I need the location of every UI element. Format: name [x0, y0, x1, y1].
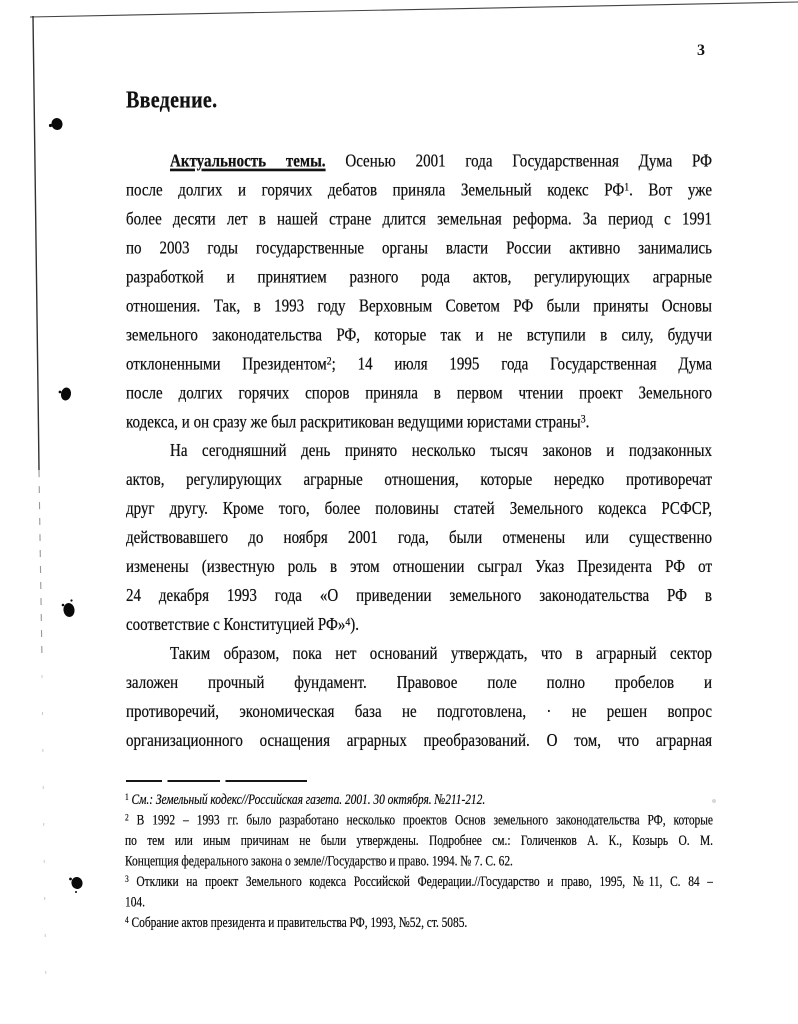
text-line: земельного законодательства РФ, которые … [126, 321, 712, 350]
footnote-ref: 3 [581, 412, 586, 425]
text-segment: после долгих и горячих дебатов приняла З… [126, 181, 624, 200]
text-segment: отношения. Так, в 1993 году Верховным Со… [126, 297, 712, 316]
text-line: соответствие с Конституцией РФ»4). [126, 611, 712, 640]
text-line: 1 См.: Земельный кодекс//Российская газе… [125, 790, 713, 810]
text-segment: Таким образом, пока нет оснований утверж… [170, 645, 712, 664]
scan-edge-left-line-faded [39, 470, 42, 660]
text-segment: ). [350, 616, 359, 635]
text-segment: Актуальность темы. [170, 152, 326, 171]
footnote-ref: 1 [624, 180, 629, 193]
text-segment: противоречий, экономическая база не подг… [126, 703, 712, 722]
text-segment: См.: Земельный кодекс//Российская газета… [129, 793, 485, 808]
paragraph: На сегодняшний день принято несколько ты… [126, 437, 712, 640]
text-segment: Концепция федерального закона о земле//Г… [125, 854, 513, 869]
text-segment: На сегодняшний день принято несколько ты… [170, 442, 712, 461]
text-line: 24 декабря 1993 года «О приведении земел… [126, 582, 712, 611]
text-line: Таким образом, пока нет оснований утверж… [126, 640, 712, 669]
text-segment: по тем или иным причинам не были утвержд… [125, 834, 713, 849]
ink-blot [49, 117, 64, 131]
footnotes: 1 См.: Земельный кодекс//Российская газе… [125, 790, 713, 933]
text-segment: Отклики на проект Земельного кодекса Рос… [129, 874, 713, 889]
text-segment: актов, регулирующих аграрные отношения, … [126, 471, 712, 490]
text-line: организационного оснащения аграрных прео… [126, 727, 712, 756]
text-line: Концепция федерального закона о земле//Г… [125, 851, 713, 871]
text-segment: 24 декабря 1993 года «О приведении земел… [126, 587, 712, 606]
text-line: разработкой и принятием разного рода акт… [126, 263, 712, 292]
scanned-document-page: 3 Введение. Актуальность темы. Осенью 20… [0, 0, 798, 1024]
footnote-ref: 4 [125, 914, 129, 926]
text-line: после долгих и горячих дебатов приняла З… [126, 176, 712, 205]
text-segment: разработкой и принятием разного рода акт… [126, 268, 712, 287]
text-segment: 104. [125, 895, 145, 910]
page-number: 3 [697, 42, 705, 60]
text-line: после долгих горячих споров приняла в пе… [126, 379, 712, 408]
ink-blot [59, 387, 73, 402]
footnote: 4 Собрание актов президента и правительс… [125, 913, 713, 933]
text-segment: ; 14 июля 1995 года Государственная Дума [332, 355, 712, 374]
footnote-ref: 2 [125, 811, 129, 823]
text-segment: организационного оснащения аграрных прео… [126, 732, 712, 751]
text-line: 104. [125, 892, 713, 912]
text-line: отклоненными Президентом2; 14 июля 1995 … [126, 350, 712, 379]
scan-edge-left-line-trace [42, 675, 46, 985]
text-segment: земельного законодательства РФ, которые … [126, 326, 712, 345]
text-line: 2 В 1992 – 1993 гг. было разработано нес… [125, 810, 713, 830]
footnote: 2 В 1992 – 1993 гг. было разработано нес… [125, 810, 713, 871]
text-segment: заложен прочный фундамент. Правовое поле… [126, 674, 712, 693]
text-line: действовавшего до ноября 2001 года, были… [126, 524, 712, 553]
text-line: заложен прочный фундамент. Правовое поле… [126, 669, 712, 698]
paragraph: Актуальность темы. Осенью 2001 года Госу… [126, 147, 712, 437]
footnote-separator [126, 780, 307, 782]
text-line: 4 Собрание актов президента и правительс… [125, 913, 713, 933]
text-segment: Осенью 2001 года Государственная Дума РФ [326, 152, 712, 171]
text-segment: Собрание актов президента и правительств… [129, 915, 468, 930]
text-segment: действовавшего до ноября 2001 года, были… [126, 529, 712, 548]
scan-edge-top-line [30, 2, 798, 17]
text-segment: кодекса, и он сразу же был раскритикован… [126, 413, 581, 432]
text-segment: отклоненными Президентом [126, 355, 327, 374]
text-line: кодекса, и он сразу же был раскритикован… [126, 408, 712, 437]
footnote-ref: 1 [125, 791, 129, 803]
text-line: более десяти лет в нашей стране длится з… [126, 205, 712, 234]
footnote-ref: 4 [345, 615, 350, 628]
text-segment: изменены (известную роль в этом отношени… [126, 558, 712, 577]
text-line: друг другу. Кроме того, более половины с… [126, 495, 712, 524]
text-segment: . Вот уже [629, 181, 712, 200]
scan-edge-left-line [33, 16, 39, 470]
text-segment: В 1992 – 1993 гг. было разработано неско… [129, 813, 713, 828]
text-segment: более десяти лет в нашей стране длится з… [126, 210, 712, 229]
text-line: 3 Отклики на проект Земельного кодекса Р… [125, 872, 713, 892]
text-line: актов, регулирующих аграрные отношения, … [126, 466, 712, 495]
text-line: по тем или иным причинам не были утвержд… [125, 831, 713, 851]
footnote-ref: 3 [125, 873, 129, 885]
text-line: На сегодняшний день принято несколько ты… [126, 437, 712, 466]
footnote-ref: 2 [327, 354, 332, 367]
ink-blot [62, 599, 76, 617]
text-line: изменены (известную роль в этом отношени… [126, 553, 712, 582]
footnote: 1 См.: Земельный кодекс//Российская газе… [125, 790, 713, 810]
text-segment: по 2003 годы государственные органы влас… [126, 239, 712, 258]
text-line: по 2003 годы государственные органы влас… [126, 234, 712, 263]
text-segment: . [586, 413, 590, 432]
text-line: противоречий, экономическая база не подг… [126, 698, 712, 727]
text-line: Актуальность темы. Осенью 2001 года Госу… [126, 147, 712, 176]
text-segment: соответствие с Конституцией РФ» [126, 616, 345, 635]
body-text: Актуальность темы. Осенью 2001 года Госу… [126, 147, 712, 756]
text-segment: после долгих горячих споров приняла в пе… [126, 384, 712, 403]
text-segment: друг другу. Кроме того, более половины с… [126, 500, 712, 519]
paragraph: Таким образом, пока нет оснований утверж… [126, 640, 712, 756]
footnote: 3 Отклики на проект Земельного кодекса Р… [125, 872, 713, 913]
section-heading: Введение. [126, 87, 217, 115]
text-line: отношения. Так, в 1993 году Верховным Со… [126, 292, 712, 321]
ink-blot [69, 876, 84, 893]
